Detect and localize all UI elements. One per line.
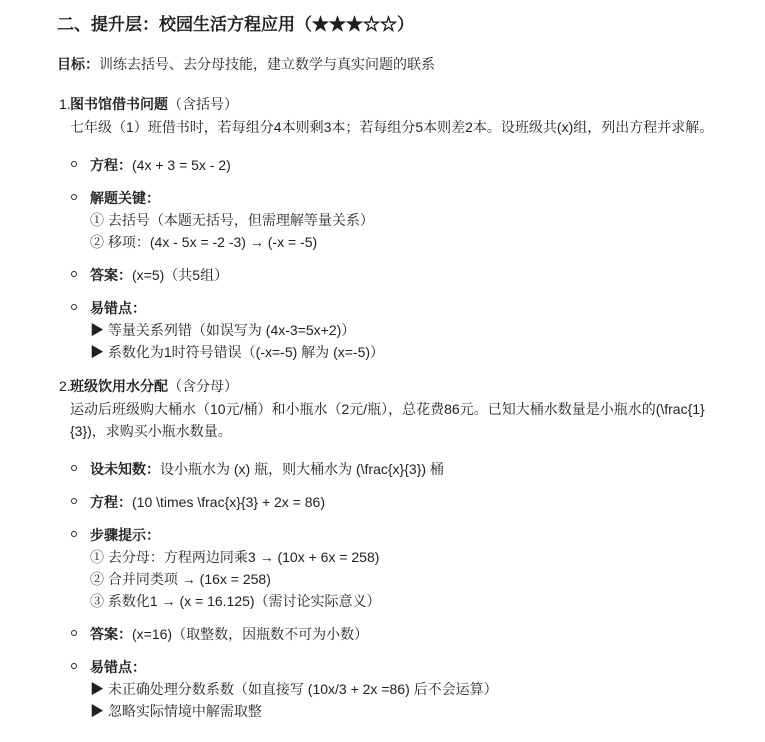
point-label: 步骤提示： [90,527,160,543]
point-label: 设未知数： [90,461,160,477]
goal-text: 训练去括号、去分母技能，建立数学与真实问题的联系 [99,56,435,72]
point-label: 答案： [90,626,132,642]
point-subline: ① 去分母：方程两边同乘3 → (10x + 6x = 258) [90,546,737,568]
problem-number: 2. [59,375,71,397]
point-text: (10 \times \frac{x}{3} + 2x = 86) [132,494,325,510]
point-subline: ▶ 未正确处理分数系数（如直接写 (10x/3 + 2x =86) 后不会运算） [90,678,737,700]
point-subline: ② 移项：(4x - 5x = -2 -3) → (-x = -5) [90,231,737,253]
circle-bullet-icon [71,271,77,277]
circle-bullet-icon [71,194,77,200]
problem-description: 七年级（1）班借书时，若每组分4本则剩3本；若每组分5本则差2本。设班级共(x)… [70,116,737,138]
point-line: 方程：(4x + 3 = 5x - 2) [90,154,737,176]
problem-header: 1.图书馆借书问题（含括号） [70,93,737,115]
point-body: 方程：(10 \times \frac{x}{3} + 2x = 86) [90,491,737,513]
point-text: 设小瓶水为 (x) 瓶，则大桶水为 (\frac{x}{3}) 桶 [160,461,444,477]
point-body: 易错点：▶ 等量关系列错（如误写为 (4x-3=5x+2)）▶ 系数化为1时符号… [90,297,737,363]
point-label: 易错点： [90,300,146,316]
circle-bullet-icon [71,663,77,669]
point-text: (x=5)（共5组） [132,267,228,283]
circle-bullet-icon [71,630,77,636]
problem-title: 班级饮用水分配 [70,378,168,394]
circle-bullet-icon [71,465,77,471]
point-subline: ▶ 忽略实际情境中解需取整 [90,700,737,722]
point-text: (4x + 3 = 5x - 2) [132,157,231,173]
point-line: 易错点： [90,656,737,678]
circle-bullet-icon [71,161,77,167]
point-subline: ▶ 等量关系列错（如误写为 (4x-3=5x+2)） [90,319,737,341]
point-line: 答案：(x=16)（取整数，因瓶数不可为小数） [90,623,737,645]
point-list: 方程：(4x + 3 = 5x - 2)解题关键：① 去括号（本题无括号，但需理… [70,154,737,363]
problem-item: 1.图书馆借书问题（含括号）七年级（1）班借书时，若每组分4本则剩3本；若每组分… [57,93,737,363]
problem-title: 图书馆借书问题 [70,96,168,112]
problem-title-suffix: （含括号） [168,96,238,112]
point-body: 设未知数：设小瓶水为 (x) 瓶，则大桶水为 (\frac{x}{3}) 桶 [90,458,737,480]
point-label: 方程： [90,157,132,173]
circle-bullet-icon [71,531,77,537]
point-body: 答案：(x=16)（取整数，因瓶数不可为小数） [90,623,737,645]
point-item: 方程：(4x + 3 = 5x - 2) [70,154,737,176]
point-item: 答案：(x=16)（取整数，因瓶数不可为小数） [70,623,737,645]
circle-bullet-icon [71,498,77,504]
point-item: 易错点：▶ 未正确处理分数系数（如直接写 (10x/3 + 2x =86) 后不… [70,656,737,722]
problem-number: 1. [59,93,71,115]
goal-line: 目标：训练去括号、去分母技能，建立数学与真实问题的联系 [57,53,737,75]
point-item: 解题关键：① 去括号（本题无括号，但需理解等量关系）② 移项：(4x - 5x … [70,187,737,253]
point-body: 答案：(x=5)（共5组） [90,264,737,286]
point-body: 方程：(4x + 3 = 5x - 2) [90,154,737,176]
point-body: 易错点：▶ 未正确处理分数系数（如直接写 (10x/3 + 2x =86) 后不… [90,656,737,722]
point-text: (x=16)（取整数，因瓶数不可为小数） [132,626,368,642]
point-label: 解题关键： [90,190,160,206]
circle-bullet-icon [71,304,77,310]
point-item: 设未知数：设小瓶水为 (x) 瓶，则大桶水为 (\frac{x}{3}) 桶 [70,458,737,480]
document-page: 二、提升层：校园生活方程应用（★★★☆☆） 目标：训练去括号、去分母技能，建立数… [0,0,765,742]
goal-label: 目标： [57,56,99,72]
point-body: 解题关键：① 去括号（本题无括号，但需理解等量关系）② 移项：(4x - 5x … [90,187,737,253]
point-line: 设未知数：设小瓶水为 (x) 瓶，则大桶水为 (\frac{x}{3}) 桶 [90,458,737,480]
problem-list: 1.图书馆借书问题（含括号）七年级（1）班借书时，若每组分4本则剩3本；若每组分… [57,93,737,722]
point-item: 步骤提示：① 去分母：方程两边同乘3 → (10x + 6x = 258)② 合… [70,524,737,612]
problem-header: 2.班级饮用水分配（含分母） [70,375,737,397]
point-subline: ③ 系数化1 → (x = 16.125)（需讨论实际意义） [90,590,737,612]
point-label: 方程： [90,494,132,510]
point-body: 步骤提示：① 去分母：方程两边同乘3 → (10x + 6x = 258)② 合… [90,524,737,612]
point-line: 步骤提示： [90,524,737,546]
point-line: 解题关键： [90,187,737,209]
point-line: 易错点： [90,297,737,319]
point-item: 易错点：▶ 等量关系列错（如误写为 (4x-3=5x+2)）▶ 系数化为1时符号… [70,297,737,363]
point-line: 答案：(x=5)（共5组） [90,264,737,286]
point-list: 设未知数：设小瓶水为 (x) 瓶，则大桶水为 (\frac{x}{3}) 桶方程… [70,458,737,722]
problem-item: 2.班级饮用水分配（含分母）运动后班级购大桶水（10元/桶）和小瓶水（2元/瓶）… [57,375,737,722]
point-subline: ② 合并同类项 → (16x = 258) [90,568,737,590]
point-item: 答案：(x=5)（共5组） [70,264,737,286]
point-subline: ▶ 系数化为1时符号错误（(-x=-5) 解为 (x=-5)） [90,341,737,363]
point-label: 易错点： [90,659,146,675]
point-item: 方程：(10 \times \frac{x}{3} + 2x = 86) [70,491,737,513]
point-line: 方程：(10 \times \frac{x}{3} + 2x = 86) [90,491,737,513]
section-heading: 二、提升层：校园生活方程应用（★★★☆☆） [57,13,737,37]
problem-description: 运动后班级购大桶水（10元/桶）和小瓶水（2元/瓶），总花费86元。已知大桶水数… [70,398,737,442]
point-label: 答案： [90,267,132,283]
point-subline: ① 去括号（本题无括号，但需理解等量关系） [90,209,737,231]
problem-title-suffix: （含分母） [168,378,238,394]
